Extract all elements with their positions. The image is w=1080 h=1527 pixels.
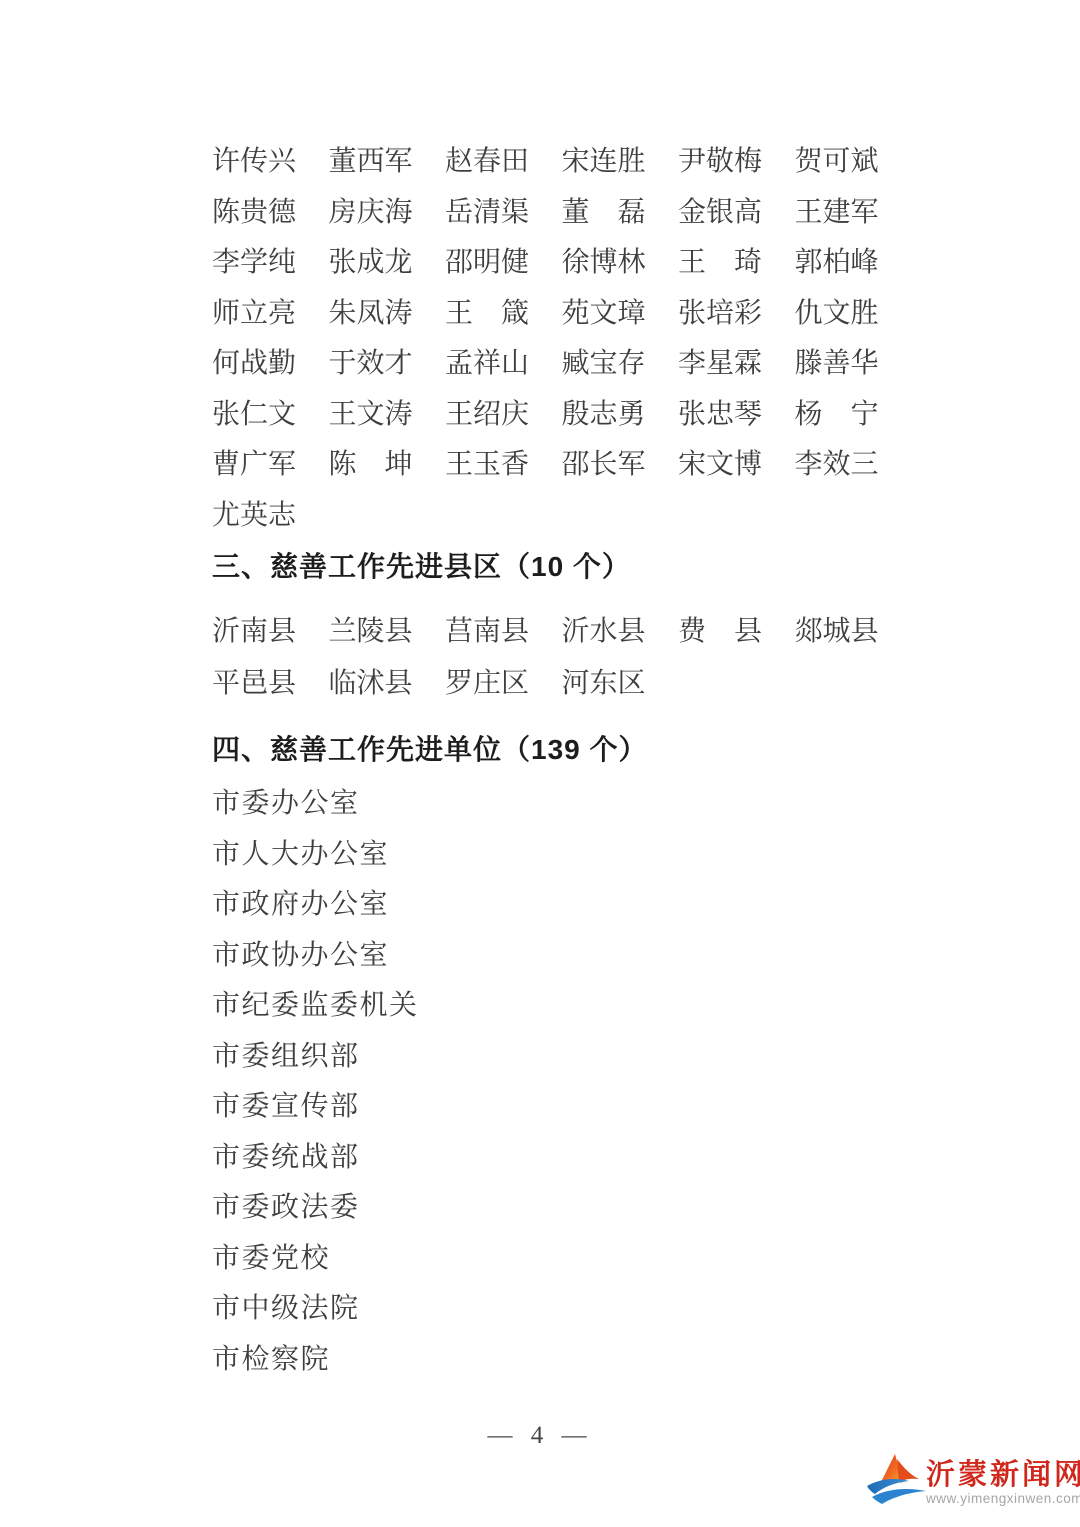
unit-name: 市委宣传部 bbox=[212, 1093, 918, 1144]
awardee-name: 董西军 bbox=[329, 148, 446, 199]
watermark-site-name: 沂蒙新闻网 bbox=[926, 1460, 1080, 1490]
unit-name: 市人大办公室 bbox=[212, 841, 918, 892]
unit-name: 市委统战部 bbox=[212, 1144, 918, 1195]
awardee-name: 李星霖 bbox=[678, 350, 795, 401]
awardee-name: 房庆海 bbox=[329, 199, 446, 250]
awardee-name: 尹敬梅 bbox=[678, 148, 795, 199]
awardee-name: 尤英志 bbox=[212, 502, 329, 553]
awardee-name: 李效三 bbox=[795, 451, 912, 502]
awardee-name: 贺可斌 bbox=[795, 148, 912, 199]
awardee-name: 王玉香 bbox=[445, 451, 562, 502]
county-name: 郯城县 bbox=[795, 618, 912, 670]
grid-row: 陈贵德房庆海岳清渠董 磊金银高王建军 bbox=[212, 199, 918, 250]
awardee-name: 曹广军 bbox=[212, 451, 329, 502]
document-content: 许传兴董西军赵春田宋连胜尹敬梅贺可斌陈贵德房庆海岳清渠董 磊金银高王建军李学纯张… bbox=[212, 148, 918, 1396]
county-name: 莒南县 bbox=[445, 618, 562, 670]
county-name: 沂水县 bbox=[562, 618, 679, 670]
awardee-name: 杨 宁 bbox=[795, 401, 912, 452]
awardee-name: 宋连胜 bbox=[562, 148, 679, 199]
county-name: 沂南县 bbox=[212, 618, 329, 670]
county-name: 费 县 bbox=[678, 618, 795, 670]
unit-name: 市政协办公室 bbox=[212, 942, 918, 993]
unit-name: 市委办公室 bbox=[212, 790, 918, 841]
sail-wave-logo-icon bbox=[864, 1450, 930, 1510]
county-name: 河东区 bbox=[562, 670, 679, 722]
grid-row: 平邑县临沭县罗庄区河东区 bbox=[212, 670, 918, 722]
awardee-name: 孟祥山 bbox=[445, 350, 562, 401]
section-3-heading: 三、慈善工作先进县区（10 个） bbox=[212, 552, 918, 582]
awardee-name: 于效才 bbox=[329, 350, 446, 401]
awardee-name: 苑文璋 bbox=[562, 300, 679, 351]
awardee-name: 王建军 bbox=[795, 199, 912, 250]
county-name: 兰陵县 bbox=[329, 618, 446, 670]
awardee-name: 邵明健 bbox=[445, 249, 562, 300]
awardee-name: 李学纯 bbox=[212, 249, 329, 300]
grid-row: 师立亮朱凤涛王 箴苑文璋张培彩仇文胜 bbox=[212, 300, 918, 351]
awardee-name: 宋文博 bbox=[678, 451, 795, 502]
awardee-name: 郭柏峰 bbox=[795, 249, 912, 300]
awardee-name: 仇文胜 bbox=[795, 300, 912, 351]
unit-name: 市委组织部 bbox=[212, 1043, 918, 1094]
grid-row: 张仁文王文涛王绍庆殷志勇张忠琴杨 宁 bbox=[212, 401, 918, 452]
grid-row: 曹广军陈 坤王玉香邵长军宋文博李效三 bbox=[212, 451, 918, 502]
section-4-heading: 四、慈善工作先进单位（139 个） bbox=[212, 735, 918, 765]
awardee-name: 臧宝存 bbox=[562, 350, 679, 401]
county-name: 临沭县 bbox=[329, 670, 446, 722]
awardee-name: 朱凤涛 bbox=[329, 300, 446, 351]
awardee-names-section: 许传兴董西军赵春田宋连胜尹敬梅贺可斌陈贵德房庆海岳清渠董 磊金银高王建军李学纯张… bbox=[212, 148, 918, 552]
watermark-url: www.yimengxinwen.com bbox=[926, 1491, 1080, 1506]
awardee-name: 张成龙 bbox=[329, 249, 446, 300]
awardee-name: 王 琦 bbox=[678, 249, 795, 300]
awardee-name: 张忠琴 bbox=[678, 401, 795, 452]
awardee-name: 王文涛 bbox=[329, 401, 446, 452]
awardee-name: 徐博林 bbox=[562, 249, 679, 300]
awardee-name: 陈贵德 bbox=[212, 199, 329, 250]
county-name: 平邑县 bbox=[212, 670, 329, 722]
awardee-name: 董 磊 bbox=[562, 199, 679, 250]
grid-row: 沂南县兰陵县莒南县沂水县费 县郯城县 bbox=[212, 618, 918, 670]
awardee-name: 邵长军 bbox=[562, 451, 679, 502]
awardee-name: 王 箴 bbox=[445, 300, 562, 351]
unit-name: 市委党校 bbox=[212, 1245, 918, 1296]
unit-name: 市检察院 bbox=[212, 1346, 918, 1397]
awardee-name: 殷志勇 bbox=[562, 401, 679, 452]
grid-row: 许传兴董西军赵春田宋连胜尹敬梅贺可斌 bbox=[212, 148, 918, 199]
awardee-name: 师立亮 bbox=[212, 300, 329, 351]
awardee-name: 赵春田 bbox=[445, 148, 562, 199]
grid-row: 何战勤于效才孟祥山臧宝存李星霖滕善华 bbox=[212, 350, 918, 401]
unit-name: 市政府办公室 bbox=[212, 891, 918, 942]
awardee-name: 陈 坤 bbox=[329, 451, 446, 502]
awardee-name: 金银高 bbox=[678, 199, 795, 250]
grid-row: 李学纯张成龙邵明健徐博林王 琦郭柏峰 bbox=[212, 249, 918, 300]
grid-row: 尤英志 bbox=[212, 502, 918, 553]
watermark-text: 沂蒙新闻网 www.yimengxinwen.com bbox=[926, 1450, 1080, 1506]
awardee-name: 王绍庆 bbox=[445, 401, 562, 452]
unit-list-section: 市委办公室市人大办公室市政府办公室市政协办公室市纪委监委机关市委组织部市委宣传部… bbox=[212, 790, 918, 1396]
county-name: 罗庄区 bbox=[445, 670, 562, 722]
unit-name: 市委政法委 bbox=[212, 1194, 918, 1245]
yimeng-news-watermark: 沂蒙新闻网 www.yimengxinwen.com bbox=[864, 1450, 1080, 1510]
awardee-name: 许传兴 bbox=[212, 148, 329, 199]
unit-name: 市纪委监委机关 bbox=[212, 992, 918, 1043]
awardee-name: 滕善华 bbox=[795, 350, 912, 401]
awardee-name: 何战勤 bbox=[212, 350, 329, 401]
county-list-section: 沂南县兰陵县莒南县沂水县费 县郯城县平邑县临沭县罗庄区河东区 bbox=[212, 618, 918, 722]
awardee-name: 岳清渠 bbox=[445, 199, 562, 250]
page-number: — 4 — bbox=[0, 1422, 1080, 1450]
document-page: 许传兴董西军赵春田宋连胜尹敬梅贺可斌陈贵德房庆海岳清渠董 磊金银高王建军李学纯张… bbox=[0, 0, 1080, 1527]
awardee-name: 张仁文 bbox=[212, 401, 329, 452]
unit-name: 市中级法院 bbox=[212, 1295, 918, 1346]
awardee-name: 张培彩 bbox=[678, 300, 795, 351]
